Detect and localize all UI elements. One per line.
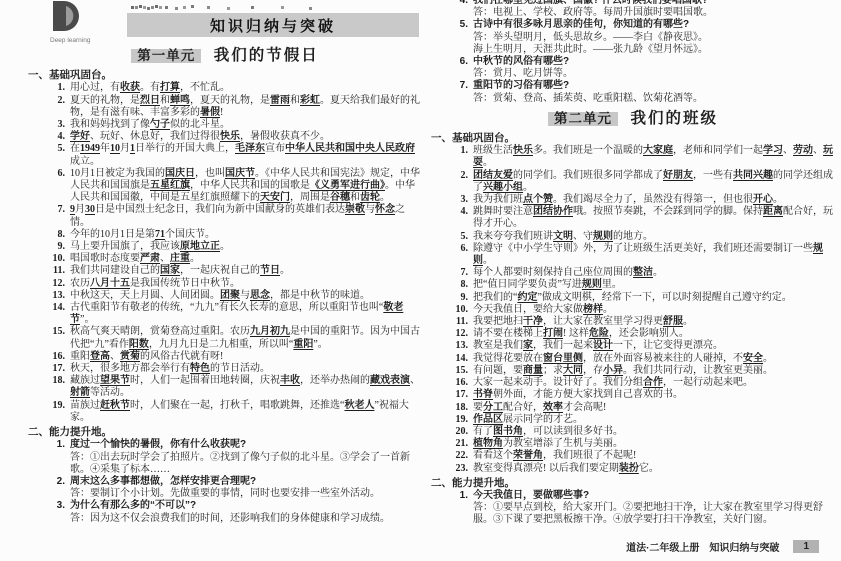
keyword: 蝉鸣 bbox=[170, 95, 190, 106]
item-number: 9. bbox=[44, 241, 65, 253]
keyword: 家 bbox=[523, 340, 533, 351]
item-text: 植物角为教室增添了生机与美丽。 bbox=[473, 438, 623, 449]
keyword: 约定 bbox=[517, 292, 537, 303]
item-number: 16. bbox=[44, 351, 65, 363]
item-number: 10. bbox=[44, 253, 65, 265]
keyword: 原地立正 bbox=[180, 241, 220, 252]
keyword: 国庆节 bbox=[225, 168, 255, 179]
keyword: 植物角 bbox=[473, 438, 503, 449]
item-number: 7. bbox=[44, 204, 65, 216]
keyword: 五星红旗 bbox=[150, 180, 190, 191]
keyword: 崇敬 bbox=[345, 204, 365, 215]
question-text: 中秋节的风俗有哪些? bbox=[473, 56, 569, 67]
item-text: 请不要在楼梯上打闹! 这样危险，还会影响别人。 bbox=[473, 328, 689, 339]
keyword: 团聚 bbox=[220, 290, 240, 301]
answer-line: 海上生明月，天涯共此时。——张九龄《望月怀远》。 bbox=[473, 44, 835, 56]
keyword: 整洁 bbox=[633, 267, 653, 278]
keyword: 装扮 bbox=[619, 463, 639, 474]
answer-text: 答：因为这不仅会浪费我们的时间，还影响我们的身体健康和学习成绩。 bbox=[44, 513, 422, 525]
keyword: 设计 bbox=[593, 340, 613, 351]
list-item: 9.把我们的“约定”做成文明棋，经常下一下，可以时刻提醒自己遵守约定。 bbox=[447, 292, 835, 304]
section-heading-basics-u2: 一、基础巩固台。 bbox=[431, 132, 835, 144]
item-number: 15. bbox=[447, 365, 468, 377]
keyword: 荣誉角 bbox=[513, 450, 543, 461]
answer-text: 答：举头望明月，低头思故乡。——李白《静夜思》。海上生明月，天涯共此时。——张九… bbox=[447, 32, 835, 56]
question-line: 5.古诗中有很多咏月思亲的佳句，你知道的有哪些? bbox=[447, 19, 835, 31]
skills-list-u1-continued: 4.我们在哪里见过国旗、国徽? 什么时候我们要唱国歌? 答：电视上、学校、政府等… bbox=[447, 0, 835, 105]
item-text: 农历八月十五是我国传统节日中秋节。 bbox=[70, 278, 240, 289]
keyword: 共同兴趣 bbox=[733, 170, 773, 181]
list-item: 11.我要把地扫干净，让大家在教室里学习得更舒服。 bbox=[447, 316, 835, 328]
item-number: 5. bbox=[44, 143, 65, 155]
answer-text: 答：电视上、学校、政府等。每周升国旗时要唱国歌。 bbox=[447, 7, 835, 19]
keyword: 登高 bbox=[90, 351, 110, 362]
keyword: 安全 bbox=[743, 353, 763, 364]
keyword: 小异 bbox=[603, 365, 623, 376]
item-number: 3. bbox=[44, 500, 65, 512]
answer-text: 答：要制订个小计划。先做重要的事情，同时也要安排一些室外活动。 bbox=[44, 488, 422, 500]
item-text: 秋天，很多地方都会举行有特色的节日活动。 bbox=[70, 363, 270, 374]
keyword: 1 bbox=[130, 143, 135, 154]
list-item: 23.教室变得真漂亮! 以后我们要定期装扮它。 bbox=[447, 463, 835, 475]
list-item: 13.中秋这天，天上月圆、人间团圆。团聚与思念，都是中秋节的味道。 bbox=[44, 290, 422, 302]
keyword: 距离 bbox=[763, 206, 783, 217]
item-text: 团结友爱的同学们。我们班很多同学都成了好朋友，一些有共同兴趣的同学还组成了兴趣小… bbox=[473, 170, 833, 193]
list-item: 15.有问题，要商量；求大同，存小异。我们共同行动，让教室更美丽。 bbox=[447, 365, 835, 377]
question-line: 2.周末这么多事都想做，怎样安排更合理呢? bbox=[44, 476, 422, 488]
list-item: 5.在1949年10月1日举行的开国大典上，毛泽东宣布中华人民共和国中央人民政府… bbox=[44, 143, 422, 167]
list-item: 16.重阳登高、赏菊的风俗古代就有呀! bbox=[44, 351, 422, 363]
item-number: 10. bbox=[447, 304, 468, 316]
answer-line: 答：①要早点到校，给大家开门。②要把地扫干净，让大家在教室里学习得更舒服。③下课… bbox=[473, 502, 835, 526]
list-item: 14.我觉得花要放在窗台里侧，放在外面容易被来往的人碰掉，不安全。 bbox=[447, 353, 835, 365]
keyword: 规则 bbox=[582, 279, 602, 290]
keyword: 节日 bbox=[260, 265, 280, 276]
item-number: 8. bbox=[44, 229, 65, 241]
page-number: 1 bbox=[793, 540, 819, 553]
item-text: 中秋这天，天上月圆、人间团圆。团聚与思念，都是中秋节的味道。 bbox=[70, 290, 370, 301]
item-number: 17. bbox=[447, 389, 468, 401]
keyword: 特色 bbox=[190, 363, 210, 374]
keyword: 赶秋节 bbox=[100, 400, 130, 411]
item-text: 今天我值日，要给大家做榜样。 bbox=[473, 304, 613, 315]
keyword: 点个赞 bbox=[523, 194, 553, 205]
keyword: 规则 bbox=[473, 243, 823, 266]
item-text: 我们共同建设自己的国家，一起庆祝自己的节日。 bbox=[70, 265, 290, 276]
answer-line: 答：赏月、吃月饼等。 bbox=[473, 68, 835, 80]
question-text: 度过一个愉快的暑假，你有什么收获呢? bbox=[70, 439, 246, 450]
skills-list-u2: 1.今天我值日，要做哪些事? 答：①要早点到校，给大家开门。②要把地扫干净，让大… bbox=[447, 490, 835, 527]
keyword: 彩虹 bbox=[300, 95, 320, 106]
item-number: 20. bbox=[447, 426, 468, 438]
qa-item: 1.度过一个愉快的暑假，你有什么收获呢? 答：①出去玩时学会了拍照片。②找到了像… bbox=[44, 439, 422, 476]
keyword: 分工 bbox=[483, 402, 503, 413]
item-text: 10月1日被定为我国的国庆日，也叫国庆节。《中华人民共和国宪法》规定，中华人民共… bbox=[70, 168, 420, 203]
list-item: 13.教室是我们家，我们一起来设计一下，让它变得更漂亮。 bbox=[447, 340, 835, 352]
item-text: 重阳登高、赏菊的风俗古代就有呀! bbox=[70, 351, 223, 362]
keyword: 望果节 bbox=[100, 375, 130, 386]
item-number: 5. bbox=[447, 19, 468, 31]
keyword: 10 bbox=[110, 143, 120, 154]
answer-text: 答：①要早点到校，给大家开门。②要把地扫干净，让大家在教室里学习得更舒服。③下课… bbox=[447, 502, 835, 526]
keyword: 收获 bbox=[120, 82, 140, 93]
item-number: 5. bbox=[447, 231, 468, 243]
item-number: 4. bbox=[447, 206, 468, 218]
item-number: 12. bbox=[447, 328, 468, 340]
list-item: 12.农历八月十五是我国传统节日中秋节。 bbox=[44, 278, 422, 290]
item-number: 18. bbox=[44, 375, 65, 387]
footer-text: 道法·二年级上册 知识归纳与突破 bbox=[626, 539, 779, 554]
list-item: 4.跳舞时要注意团结协作哦。按照节奏跳，不会踩到同学的脚。保持距离配合好，玩得才… bbox=[447, 206, 835, 230]
item-text: 看看这个荣誉角，我们班很了不起呢! bbox=[473, 450, 636, 461]
item-number: 12. bbox=[44, 278, 65, 290]
item-text: 作品区展示同学的才艺。 bbox=[473, 414, 583, 425]
logo-caption: Deep learning bbox=[50, 37, 120, 44]
item-number: 11. bbox=[447, 316, 468, 328]
keyword: 团结友爱 bbox=[473, 170, 513, 181]
item-number: 1. bbox=[447, 145, 468, 157]
logo-d-icon bbox=[50, 1, 92, 31]
keyword: 阳数 bbox=[129, 339, 149, 350]
item-text: 古代重阳节有敬老的传统，“九九”有长久长寿的意思，所以重阳节也叫“敬老节”。 bbox=[70, 302, 403, 325]
item-number: 13. bbox=[44, 290, 65, 302]
keyword: 暑假 bbox=[200, 107, 220, 118]
item-number: 23. bbox=[447, 463, 468, 475]
keyword: 干净 bbox=[523, 316, 543, 327]
list-item: 5.我来夸夸我们班讲文明、守规则的地方。 bbox=[447, 231, 835, 243]
answer-line: 答：要制订个小计划。先做重要的事情，同时也要安排一些室外活动。 bbox=[70, 488, 422, 500]
list-item: 10.唱国歌时态度要严肃、庄重。 bbox=[44, 253, 422, 265]
keyword: 国家 bbox=[160, 265, 180, 276]
item-text: 在1949年10月1日举行的开国大典上，毛泽东宣布中华人民共和国中央人民政府成立… bbox=[70, 143, 415, 166]
keyword: 30 bbox=[85, 204, 95, 215]
keyword: 开心 bbox=[753, 194, 773, 205]
keyword: 书脊 bbox=[473, 389, 493, 400]
keyword: 效率 bbox=[543, 402, 563, 413]
item-number: 6. bbox=[44, 168, 65, 180]
item-number: 3. bbox=[44, 119, 65, 131]
item-number: 4. bbox=[44, 131, 65, 143]
item-text: 我要把地扫干净，让大家在教室里学习得更舒服。 bbox=[473, 316, 693, 327]
keyword: 快乐 bbox=[513, 145, 533, 156]
item-number: 14. bbox=[44, 302, 65, 314]
question-text: 我们在哪里见过国旗、国徽? 什么时候我们要唱国歌? bbox=[473, 0, 708, 6]
list-item: 17.书脊朝外面，才能方便大家找到自己喜欢的书。 bbox=[447, 389, 835, 401]
item-number: 3. bbox=[447, 194, 468, 206]
keyword: 大家庭 bbox=[643, 145, 673, 156]
keyword: 兴趣小组 bbox=[483, 182, 523, 193]
item-number: 9. bbox=[447, 292, 468, 304]
list-item: 12.请不要在楼梯上打闹! 这样危险，还会影响别人。 bbox=[447, 328, 835, 340]
unit1-title: 我们的节假日 bbox=[214, 47, 319, 64]
item-text: 有问题，要商量；求大同，存小异。我们共同行动，让教室更美丽。 bbox=[473, 365, 773, 376]
list-item: 4.学好、玩好、休息好，我们过得很快乐，暑假收获真不少。 bbox=[44, 131, 422, 143]
question-line: 6.中秋节的风俗有哪些? bbox=[447, 56, 835, 68]
question-line: 3.为什么有那么多的“不可以”? bbox=[44, 500, 422, 512]
keyword: 丰收 bbox=[280, 375, 300, 386]
left-column: 第一单元 我们的节假日 一、基础巩固台。 1.用心过，有收获。有打算，不忙乱。 … bbox=[28, 49, 422, 525]
basics-list-u1: 1.用心过，有收获。有打算，不忙乱。 2.夏天的礼物，是烈日和蝉鸣，夏天的礼物，… bbox=[44, 82, 422, 424]
list-item: 7.每个人都要时刻保持自己座位周围的整洁。 bbox=[447, 267, 835, 279]
item-number: 6. bbox=[447, 243, 468, 255]
item-text: 夏天的礼物，是烈日和蝉鸣，夏天的礼物，是雷雨和彩虹。夏天给我们最好的礼物，是有滋… bbox=[70, 95, 420, 118]
keyword: 八月十五 bbox=[90, 278, 130, 289]
list-item: 9.马上要升国旗了，我应该原地立正。 bbox=[44, 241, 422, 253]
item-text: 教室变得真漂亮! 以后我们要定期装扮它。 bbox=[473, 463, 659, 474]
keyword: 国庆日 bbox=[165, 168, 195, 179]
item-number: 2. bbox=[44, 476, 65, 488]
keyword: 严肃 bbox=[140, 253, 160, 264]
page-title: 知识归纳与突破 bbox=[127, 13, 419, 37]
item-text: 有了图书角，可以读到很多好书。 bbox=[473, 426, 623, 437]
answer-text: 答：赏月、吃月饼等。 bbox=[447, 68, 835, 80]
keyword: 规则 bbox=[593, 231, 613, 242]
list-item: 17.秋天，很多地方都会举行有特色的节日活动。 bbox=[44, 363, 422, 375]
item-text: 要分工配合好，效率才会高呢! bbox=[473, 402, 606, 413]
keyword: 怀念 bbox=[375, 204, 395, 215]
list-item: 6.10月1日被定为我国的国庆日，也叫国庆节。《中华人民共和国宪法》规定，中华人… bbox=[44, 168, 422, 205]
item-text: 我觉得花要放在窗台里侧，放在外面容易被来往的人碰掉，不安全。 bbox=[473, 353, 773, 364]
keyword: 思念 bbox=[250, 290, 270, 301]
question-text: 周末这么多事都想做，怎样安排更合理呢? bbox=[70, 476, 256, 487]
answer-line: 答：举头望明月，低头思故乡。——李白《静夜思》。 bbox=[473, 32, 835, 44]
question-line: 7.重阳节的习俗有哪些? bbox=[447, 80, 835, 92]
list-item: 19.苗族过赶秋节时，人们聚在一起，打秋千，唱歌跳舞，还推选“秋老人”祝福大家。 bbox=[44, 400, 422, 424]
list-item: 2.团结友爱的同学们。我们班很多同学都成了好朋友，一些有共同兴趣的同学还组成了兴… bbox=[447, 170, 835, 194]
list-item: 21.植物角为教室增添了生机与美丽。 bbox=[447, 438, 835, 450]
item-text: 9月30日是中国烈士纪念日，我们向为新中国献身的英雄们表达崇敬与怀念之情。 bbox=[70, 204, 405, 227]
section-heading-skills-u2: 二、能力提升地。 bbox=[431, 477, 835, 489]
item-text: 大家一起来动手。设计好了。我们分组合作，一起行动起来吧。 bbox=[473, 377, 753, 388]
keyword: 烈日 bbox=[140, 95, 160, 106]
list-item: 3.我为我们班点个赞。我们竭尽全力了，虽然没有得第一，但也很开心。 bbox=[447, 194, 835, 206]
page-footer: 道法·二年级上册 知识归纳与突破 1 bbox=[626, 539, 819, 554]
item-text: 每个人都要时刻保持自己座位周围的整洁。 bbox=[473, 267, 663, 278]
item-text: 班级生活快乐多。我们班是一个温暖的大家庭，老师和同学们一起学习、劳动、玩耍。 bbox=[473, 145, 833, 168]
keyword: 大同 bbox=[563, 365, 583, 376]
keyword: 射箭 bbox=[70, 387, 90, 398]
item-text: 除遵守《中小学生守则》外，为了让班级生活更美好，我们班还需要制订一些规则。 bbox=[473, 243, 823, 266]
keyword: 文明 bbox=[553, 231, 573, 242]
keyword: 《义勇军进行曲》 bbox=[310, 180, 385, 191]
item-text: 秋高气爽天晴朗，赏菊登高过重阳。农历九月初九是中国的重阳节。因为中国古代把“九”… bbox=[70, 326, 420, 349]
keyword: 榜样 bbox=[583, 304, 603, 315]
question-line: 1.度过一个愉快的暑假，你有什么收获呢? bbox=[44, 439, 422, 451]
keyword: 庄重 bbox=[170, 253, 190, 264]
item-text: 唱国歌时态度要严肃、庄重。 bbox=[70, 253, 200, 264]
keyword: 藏戏表演 bbox=[370, 375, 410, 386]
keyword: 好朋友 bbox=[663, 170, 693, 181]
qa-item: 7.重阳节的习俗有哪些? 答：赏菊、登高、插茱萸、吃重阳糕、饮菊花酒等。 bbox=[447, 80, 835, 104]
item-number: 7. bbox=[447, 267, 468, 279]
item-number: 17. bbox=[44, 363, 65, 375]
item-number: 6. bbox=[447, 56, 468, 68]
item-number: 2. bbox=[447, 170, 468, 182]
item-number: 11. bbox=[44, 265, 65, 277]
keyword: 天安门 bbox=[260, 192, 290, 203]
list-item: 6.除遵守《中小学生守则》外，为了让班级生活更美好，我们班还需要制订一些规则。 bbox=[447, 243, 835, 267]
qa-item: 1.今天我值日，要做哪些事? 答：①要早点到校，给大家开门。②要把地扫干净，让大… bbox=[447, 490, 835, 527]
keyword: 赏菊 bbox=[120, 351, 140, 362]
item-text: 我和妈妈找到了像勺子似的北斗星。 bbox=[70, 119, 230, 130]
keyword: 作品区 bbox=[473, 414, 503, 425]
item-text: 把“值日同学要负责”写进规则里。 bbox=[473, 279, 622, 290]
keyword: 1949 bbox=[80, 143, 100, 154]
item-text: 把我们的“约定”做成文明棋，经常下一下，可以时刻提醒自己遵守约定。 bbox=[473, 292, 792, 303]
item-number: 2. bbox=[44, 95, 65, 107]
question-text: 今天我值日，要做哪些事? bbox=[473, 490, 589, 501]
keyword: 团结协作 bbox=[533, 206, 573, 217]
list-item: 15.秋高气爽天晴朗，赏菊登高过重阳。农历九月初九是中国的重阳节。因为中国古代把… bbox=[44, 326, 422, 350]
brand-logo: Deep learning bbox=[50, 1, 120, 44]
qa-item: 6.中秋节的风俗有哪些? 答：赏月、吃月饼等。 bbox=[447, 56, 835, 80]
scan-artifact-dots bbox=[131, 6, 134, 9]
qa-item: 5.古诗中有很多咏月思亲的佳句，你知道的有哪些? 答：举头望明月，低头思故乡。—… bbox=[447, 19, 835, 56]
keyword: 图书角 bbox=[493, 426, 523, 437]
item-text: 马上要升国旗了，我应该原地立正。 bbox=[70, 241, 230, 252]
item-number: 8. bbox=[447, 279, 468, 291]
item-number: 1. bbox=[447, 490, 468, 502]
answer-text: 答：赏菊、登高、插茱萸、吃重阳糕、饮菊花酒等。 bbox=[447, 93, 835, 105]
list-item: 14.古代重阳节有敬老的传统，“九九”有长久长寿的意思，所以重阳节也叫“敬老节”… bbox=[44, 302, 422, 326]
keyword: 敬老节 bbox=[70, 302, 403, 325]
list-item: 22.看看这个荣誉角，我们班很了不起呢! bbox=[447, 450, 835, 462]
keyword: 打闹 bbox=[543, 328, 563, 339]
question-text: 古诗中有很多咏月思亲的佳句，你知道的有哪些? bbox=[473, 19, 689, 30]
list-item: 18.藏族过望果节时，人们一起围着田地转圈，庆祝丰收，还举办热闹的藏戏表演、射箭… bbox=[44, 375, 422, 399]
answer-line: 答：①出去玩时学会了拍照片。②找到了像勺子似的北斗星。③学会了一首新歌。④采集了… bbox=[70, 452, 422, 476]
list-item: 20.有了图书角，可以读到很多好书。 bbox=[447, 426, 835, 438]
unit2-badge: 第二单元 bbox=[548, 112, 618, 126]
list-item: 10.今天我值日，要给大家做榜样。 bbox=[447, 304, 835, 316]
question-text: 为什么有那么多的“不可以”? bbox=[70, 500, 196, 511]
answer-line: 答：赏菊、登高、插茱萸、吃重阳糕、饮菊花酒等。 bbox=[473, 93, 835, 105]
item-number: 13. bbox=[447, 340, 468, 352]
keyword: 商量 bbox=[523, 365, 543, 376]
answer-line: 答：因为这不仅会浪费我们的时间，还影响我们的身体健康和学习成绩。 bbox=[70, 513, 422, 525]
answer-line: 答：电视上、学校、政府等。每周升国旗时要唱国歌。 bbox=[473, 7, 835, 19]
item-number: 4. bbox=[447, 0, 468, 7]
keyword: 秋老人 bbox=[344, 400, 374, 411]
unit2-title: 我们的班级 bbox=[630, 110, 718, 127]
workbook-page: Deep learning 知识归纳与突破 第一单元 我们的节假日 一、基础巩固… bbox=[0, 0, 841, 561]
list-item: 1.用心过，有收获。有打算，不忙乱。 bbox=[44, 82, 422, 94]
question-text: 重阳节的习俗有哪些? bbox=[473, 80, 569, 91]
item-number: 22. bbox=[447, 450, 468, 462]
list-item: 8.今年的10月1日是第71个国庆节。 bbox=[44, 229, 422, 241]
keyword: 劳动 bbox=[793, 145, 813, 156]
item-text: 我为我们班点个赞。我们竭尽全力了，虽然没有得第一，但也很开心。 bbox=[473, 194, 783, 205]
question-line: 4.我们在哪里见过国旗、国徽? 什么时候我们要唱国歌? bbox=[447, 0, 835, 7]
keyword: 谷穗 bbox=[330, 192, 350, 203]
keyword: 快乐 bbox=[220, 131, 240, 142]
section-heading-basics-u1: 一、基础巩固台。 bbox=[28, 69, 422, 81]
item-text: 跳舞时要注意团结协作哦。按照节奏跳，不会踩到同学的脚。保持距离配合好，玩得才开心… bbox=[473, 206, 833, 229]
item-number: 1. bbox=[44, 439, 65, 451]
keyword: 合作 bbox=[643, 377, 663, 388]
list-item: 3.我和妈妈找到了像勺子似的北斗星。 bbox=[44, 119, 422, 131]
item-number: 1. bbox=[44, 82, 65, 94]
keyword: 勺子 bbox=[150, 119, 170, 130]
unit1-badge: 第一单元 bbox=[131, 49, 201, 63]
list-item: 7.9月30日是中国烈士纪念日，我们向为新中国献身的英雄们表达崇敬与怀念之情。 bbox=[44, 204, 422, 228]
keyword: 毛泽东 bbox=[235, 143, 265, 154]
unit1-heading: 第一单元 我们的节假日 bbox=[28, 49, 422, 64]
item-number: 15. bbox=[44, 326, 65, 338]
item-number: 7. bbox=[447, 80, 468, 92]
list-item: 16.大家一起来动手。设计好了。我们分组合作，一起行动起来吧。 bbox=[447, 377, 835, 389]
item-text: 教室是我们家，我们一起来设计一下，让它变得更漂亮。 bbox=[473, 340, 723, 351]
item-number: 14. bbox=[447, 353, 468, 365]
keyword: 71 bbox=[155, 229, 165, 240]
item-number: 19. bbox=[447, 414, 468, 426]
item-text: 藏族过望果节时，人们一起围着田地转圈，庆祝丰收，还举办热闹的藏戏表演、射箭等活动… bbox=[70, 375, 420, 398]
keyword: 学好 bbox=[70, 131, 90, 142]
keyword: 窗台里侧 bbox=[543, 353, 583, 364]
section-heading-skills-u1: 二、能力提升地。 bbox=[28, 426, 422, 438]
item-number: 19. bbox=[44, 400, 65, 412]
list-item: 1.班级生活快乐多。我们班是一个温暖的大家庭，老师和同学们一起学习、劳动、玩耍。 bbox=[447, 145, 835, 169]
unit2-heading: 第二单元 我们的班级 bbox=[431, 112, 835, 127]
item-text: 学好、玩好、休息好，我们过得很快乐，暑假收获真不少。 bbox=[70, 131, 330, 142]
item-text: 苗族过赶秋节时，人们聚在一起，打秋千，唱歌跳舞，还推选“秋老人”祝福大家。 bbox=[70, 400, 409, 423]
skills-list-u1: 1.度过一个愉快的暑假，你有什么收获呢? 答：①出去玩时学会了拍照片。②找到了像… bbox=[44, 439, 422, 524]
item-text: 今年的10月1日是第71个国庆节。 bbox=[70, 229, 215, 240]
keyword: 危险 bbox=[589, 328, 609, 339]
item-number: 16. bbox=[447, 377, 468, 389]
keyword: 舒服 bbox=[663, 316, 683, 327]
keyword: 重阳 bbox=[293, 339, 313, 350]
item-text: 用心过，有收获。有打算，不忙乱。 bbox=[70, 82, 230, 93]
keyword: 齿轮 bbox=[360, 192, 380, 203]
qa-item: 4.我们在哪里见过国旗、国徽? 什么时候我们要唱国歌? 答：电视上、学校、政府等… bbox=[447, 0, 835, 19]
list-item: 11.我们共同建设自己的国家，一起庆祝自己的节日。 bbox=[44, 265, 422, 277]
keyword: 中华人民共和国中央人民政府 bbox=[285, 143, 415, 154]
item-number: 21. bbox=[447, 438, 468, 450]
list-item: 8.把“值日同学要负责”写进规则里。 bbox=[447, 279, 835, 291]
item-text: 我来夸夸我们班讲文明、守规则的地方。 bbox=[473, 231, 653, 242]
qa-item: 2.周末这么多事都想做，怎样安排更合理呢? 答：要制订个小计划。先做重要的事情，… bbox=[44, 476, 422, 500]
list-item: 18.要分工配合好，效率才会高呢! bbox=[447, 402, 835, 414]
keyword: 九月初九 bbox=[250, 326, 290, 337]
right-column: 4.我们在哪里见过国旗、国徽? 什么时候我们要唱国歌? 答：电视上、学校、政府等… bbox=[431, 0, 835, 527]
basics-list-u2: 1.班级生活快乐多。我们班是一个温暖的大家庭，老师和同学们一起学习、劳动、玩耍。… bbox=[447, 145, 835, 474]
question-line: 1.今天我值日，要做哪些事? bbox=[447, 490, 835, 502]
keyword: 学习 bbox=[763, 145, 783, 156]
item-text: 书脊朝外面，才能方便大家找到自己喜欢的书。 bbox=[473, 389, 683, 400]
list-item: 2.夏天的礼物，是烈日和蝉鸣，夏天的礼物，是雷雨和彩虹。夏天给我们最好的礼物，是… bbox=[44, 95, 422, 119]
item-number: 18. bbox=[447, 402, 468, 414]
keyword: 雷雨 bbox=[270, 95, 290, 106]
keyword: 打算 bbox=[160, 82, 180, 93]
keyword: 9 bbox=[70, 204, 75, 215]
list-item: 19.作品区展示同学的才艺。 bbox=[447, 414, 835, 426]
qa-item: 3.为什么有那么多的“不可以”? 答：因为这不仅会浪费我们的时间，还影响我们的身… bbox=[44, 500, 422, 524]
answer-text: 答：①出去玩时学会了拍照片。②找到了像勺子似的北斗星。③学会了一首新歌。④采集了… bbox=[44, 452, 422, 476]
